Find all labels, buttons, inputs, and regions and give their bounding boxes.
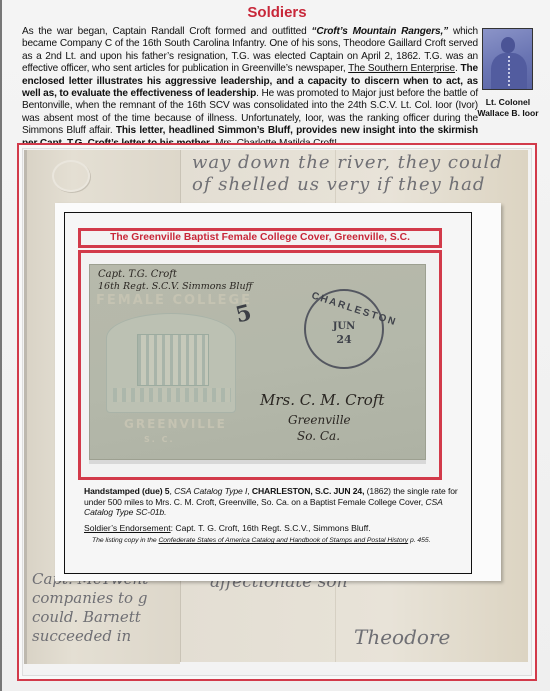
address-city: Greenville [288,413,351,427]
letter-handwriting-top: way down the river, they could of shelle… [192,152,503,196]
handwriting-line: of shelled us very if they had [192,174,503,196]
postmark-day: 24 [306,333,382,346]
letter-handwriting-left: Capt. McTwent companies to g could. Barn… [32,570,148,646]
portrait-head [501,37,515,53]
college-building-engraving-icon [106,313,236,413]
listing-page: p. 455. [408,537,430,544]
intro-paragraph: As the war began, Captain Randall Croft … [22,26,478,150]
postmark-town: CHARLESTON [310,290,380,322]
cover-description: Handstamped (due) 5, CSA Catalog Type I,… [84,486,464,518]
handwriting-line: way down the river, they could [192,152,503,174]
catalog-listing-note: The listing copy in the Confederate Stat… [92,537,472,544]
endorsement-text: : Capt. T. G. Croft, 16th Regt. S.C.V., … [171,523,371,533]
endorsement-label: Soldier’s Endorsement [84,523,171,533]
intro-text: As the war began, Captain Randall Croft … [22,26,311,37]
listing-book-title: Confederate States of America Catalog an… [158,537,408,544]
imprint-city: GREENVILLE [124,417,227,431]
portrait-caption: Lt. Colonel Wallace B. Ioor [472,97,544,118]
embossed-seal-icon [52,160,90,192]
cover-header: The Greenville Baptist Female College Co… [78,228,442,248]
imprint-state: S. C. [144,435,175,444]
soldier-endorsement: Soldier’s Endorsement: Capt. T. G. Croft… [84,523,464,533]
grounds-engraving [113,388,231,402]
address-name: Mrs. C. M. Croft [260,391,384,409]
endorsement-handwriting: Capt. T.G. Croft [98,269,177,280]
desc-bold: Handstamped (due) 5 [84,486,169,496]
portrait-caption-name: Wallace B. Ioor [472,108,544,119]
imprint-college: FEMALE COLLEGE [96,293,252,308]
desc-bold: CHARLESTON, S.C. JUN 24, [252,486,365,496]
address-state: So. Ca. [297,429,340,443]
exhibit-page: Soldiers As the war began, Captain Randa… [0,0,550,691]
charleston-postmark: CHARLESTON JUN 24 [304,289,384,369]
building-icon [137,334,209,386]
portrait-photo [482,28,533,90]
portrait-buttons [508,56,511,86]
listing-text: The listing copy in the [92,537,158,544]
handwriting-line: could. Barnett [32,608,148,627]
envelope-sleeve [89,460,426,464]
handwriting-line: succeeded in [32,627,148,646]
portrait-caption-rank: Lt. Colonel [472,97,544,108]
desc-italic: CSA Catalog Type I [174,486,247,496]
page-title: Soldiers [2,4,550,21]
newspaper-title: The Southern Enterprise [348,63,455,74]
handwriting-line: companies to g [32,589,148,608]
endorsement-handwriting: 16th Regt. S.C.V. Simmons Bluff [98,281,252,292]
envelope-image: Capt. T.G. Croft 16th Regt. S.C.V. Simmo… [89,264,426,460]
letter-signature: Theodore [354,625,450,649]
rangers-name: “Croft’s Mountain Rangers,” [311,26,448,37]
postmark-month: JUN [306,321,382,332]
